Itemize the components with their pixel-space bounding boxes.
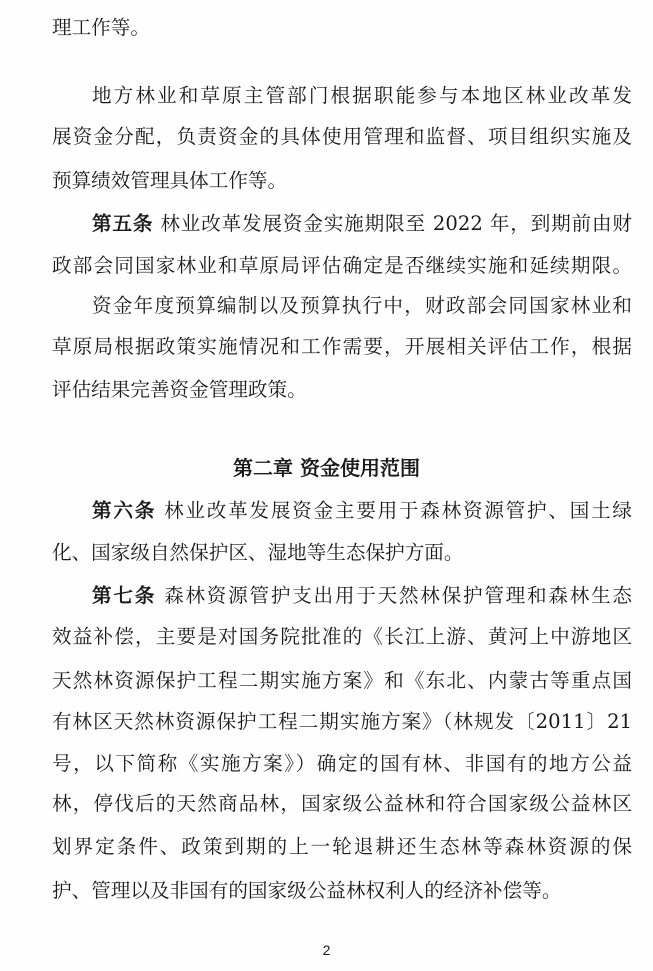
text-line: 号，以下简称《实施方案》）确定的国有林、非国有的地方公益 bbox=[52, 751, 632, 777]
text-line: 天然林资源保护工程二期实施方案》和《东北、内蒙古等重点国 bbox=[52, 668, 632, 694]
article-6-line: 第六条 林业改革发展资金主要用于森林资源管护、国土绿 bbox=[92, 498, 632, 524]
text-line: 草原局根据政策实施情况和工作需要，开展相关评估工作，根据 bbox=[52, 334, 632, 360]
text-line: 理工作等。 bbox=[52, 15, 632, 41]
article-7-line: 第七条 森林资源管护支出用于天然林保护管理和森林生态 bbox=[92, 583, 632, 609]
text-line: 划界定条件、政策到期的上一轮退耕还生态林等森林资源的保 bbox=[52, 834, 632, 860]
text-line: 林，停伐后的天然商品林，国家级公益林和符合国家级公益林区 bbox=[52, 791, 632, 817]
text-line: 效益补偿，主要是对国务院批准的《长江上游、黄河上中游地区 bbox=[52, 624, 632, 650]
text-line: 展资金分配，负责资金的具体使用管理和监督、项目组织实施及 bbox=[52, 124, 632, 150]
text: 林业改革发展资金实施期限至 2022 年，到期前由财 bbox=[160, 212, 632, 235]
text-line: 预算绩效管理具体工作等。 bbox=[52, 168, 632, 194]
page-number: 2 bbox=[0, 942, 653, 958]
text-line: 化、国家级自然保护区、湿地等生态保护方面。 bbox=[52, 540, 632, 566]
article-label: 第六条 bbox=[92, 499, 156, 522]
text-line: 资金年度预算编制以及预算执行中，财政部会同国家林业和 bbox=[92, 293, 632, 319]
article-label: 第五条 bbox=[92, 212, 153, 235]
article-5-line: 第五条 林业改革发展资金实施期限至 2022 年，到期前由财 bbox=[92, 211, 632, 237]
text: 森林资源管护支出用于天然林保护管理和森林生态 bbox=[164, 584, 632, 607]
text-line: 地方林业和草原主管部门根据职能参与本地区林业改革发 bbox=[92, 83, 632, 109]
text: 林业改革发展资金主要用于森林资源管护、国土绿 bbox=[164, 499, 632, 522]
text-line: 护、管理以及非国有的国家级公益林权利人的经济补偿等。 bbox=[52, 878, 632, 904]
text-line: 政部会同国家林业和草原局评估确定是否继续实施和延续期限。 bbox=[52, 253, 632, 279]
article-label: 第七条 bbox=[92, 584, 156, 607]
text-line: 评估结果完善资金管理政策。 bbox=[52, 377, 632, 403]
chapter-heading: 第二章 资金使用范围 bbox=[0, 455, 653, 481]
text-line: 有林区天然林资源保护工程二期实施方案》（林规发〔2011〕21 bbox=[52, 709, 632, 735]
